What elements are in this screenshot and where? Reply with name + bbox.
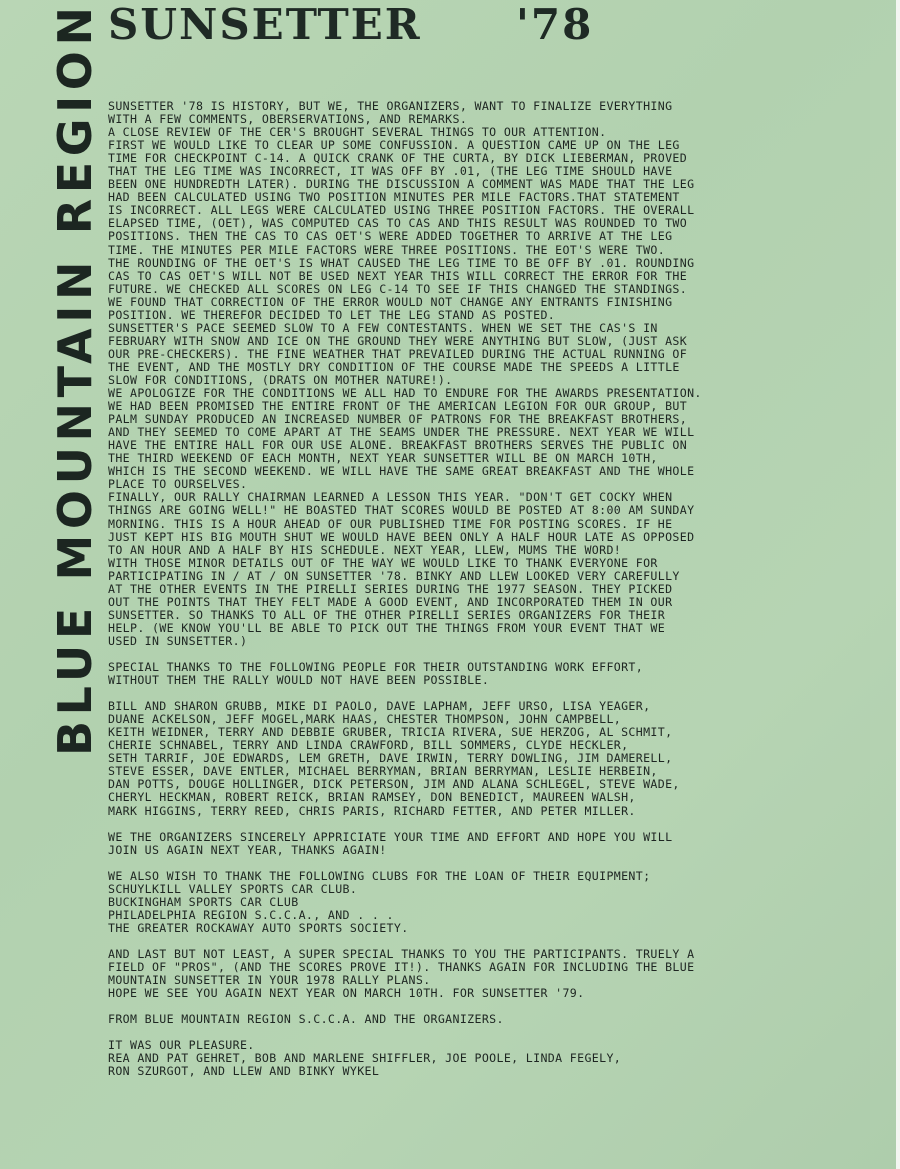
text-line: HOPE WE SEE YOU AGAIN NEXT YEAR ON MARCH… bbox=[108, 987, 798, 1000]
text-line: POSITION. WE THEREFOR DECIDED TO LET THE… bbox=[108, 309, 798, 322]
text-line: OUT THE POINTS THAT THEY FELT MADE A GOO… bbox=[108, 596, 798, 609]
text-line: RON SZURGOT, AND LLEW AND BINKY WYKEL bbox=[108, 1065, 798, 1078]
masthead: SUNSETTER '78 bbox=[108, 0, 628, 50]
text-line: MARK HIGGINS, TERRY REED, CHRIS PARIS, R… bbox=[108, 805, 798, 818]
text-line: CAS TO CAS OET'S WILL NOT BE USED NEXT Y… bbox=[108, 270, 798, 283]
text-line: JOIN US AGAIN NEXT YEAR, THANKS AGAIN! bbox=[108, 844, 798, 857]
text-line: FEBRUARY WITH SNOW AND ICE ON THE GROUND… bbox=[108, 335, 798, 348]
text-line: SCHUYLKILL VALLEY SPORTS CAR CLUB. bbox=[108, 883, 798, 896]
text-line: FROM BLUE MOUNTAIN REGION S.C.C.A. AND T… bbox=[108, 1013, 798, 1026]
text-line: BUCKINGHAM SPORTS CAR CLUB bbox=[108, 896, 798, 909]
text-line: TIME. THE MINUTES PER MILE FACTORS WERE … bbox=[108, 244, 798, 257]
text-line: WITH THOSE MINOR DETAILS OUT OF THE WAY … bbox=[108, 557, 798, 570]
text-line: WE THE ORGANIZERS SINCERELY APPRICIATE Y… bbox=[108, 831, 798, 844]
text-line: PHILADELPHIA REGION S.C.C.A., AND . . . bbox=[108, 909, 798, 922]
text-line: USED IN SUNSETTER.) bbox=[108, 635, 798, 648]
text-line: HELP. (WE KNOW YOU'LL BE ABLE TO PICK OU… bbox=[108, 622, 798, 635]
sidebar-region-label: BLUE MOUNTAIN REGION bbox=[18, 100, 78, 780]
text-line: CHERYL HECKMAN, ROBERT REICK, BRIAN RAMS… bbox=[108, 791, 798, 804]
text-line: WITHOUT THEM THE RALLY WOULD NOT HAVE BE… bbox=[108, 674, 798, 687]
text-line: MORNING. THIS IS A HOUR AHEAD OF OUR PUB… bbox=[108, 518, 798, 531]
blank-line bbox=[108, 857, 798, 870]
text-line: JUST KEPT HIS BIG MOUTH SHUT WE WOULD HA… bbox=[108, 531, 798, 544]
text-line: POSITIONS. THEN THE CAS TO CAS OET'S WER… bbox=[108, 230, 798, 243]
text-line: THE GREATER ROCKAWAY AUTO SPORTS SOCIETY… bbox=[108, 922, 798, 935]
page-edge bbox=[896, 0, 900, 1169]
text-line: OUR PRE-CHECKERS). THE FINE WEATHER THAT… bbox=[108, 348, 798, 361]
blank-line bbox=[108, 818, 798, 831]
text-line: FUTURE. WE CHECKED ALL SCORES ON LEG C-1… bbox=[108, 283, 798, 296]
text-line: THE ROUNDING OF THE OET'S IS WHAT CAUSED… bbox=[108, 257, 798, 270]
masthead-year: '78 bbox=[516, 0, 593, 49]
masthead-title: SUNSETTER bbox=[108, 0, 422, 49]
text-line: AT THE OTHER EVENTS IN THE PIRELLI SERIE… bbox=[108, 583, 798, 596]
text-line: WE ALSO WISH TO THANK THE FOLLOWING CLUB… bbox=[108, 870, 798, 883]
text-line: PARTICIPATING IN / AT / ON SUNSETTER '78… bbox=[108, 570, 798, 583]
text-line: THINGS ARE GOING WELL!" HE BOASTED THAT … bbox=[108, 504, 798, 517]
text-line: SUNSETTER'S PACE SEEMED SLOW TO A FEW CO… bbox=[108, 322, 798, 335]
letter-body: SUNSETTER '78 IS HISTORY, BUT WE, THE OR… bbox=[108, 100, 798, 1079]
sidebar-text: BLUE MOUNTAIN REGION bbox=[48, 1, 102, 756]
text-line: TO AN HOUR AND A HALF BY HIS SCHEDULE. N… bbox=[108, 544, 798, 557]
text-line: WE FOUND THAT CORRECTION OF THE ERROR WO… bbox=[108, 296, 798, 309]
text-line: SUNSETTER. SO THANKS TO ALL OF THE OTHER… bbox=[108, 609, 798, 622]
